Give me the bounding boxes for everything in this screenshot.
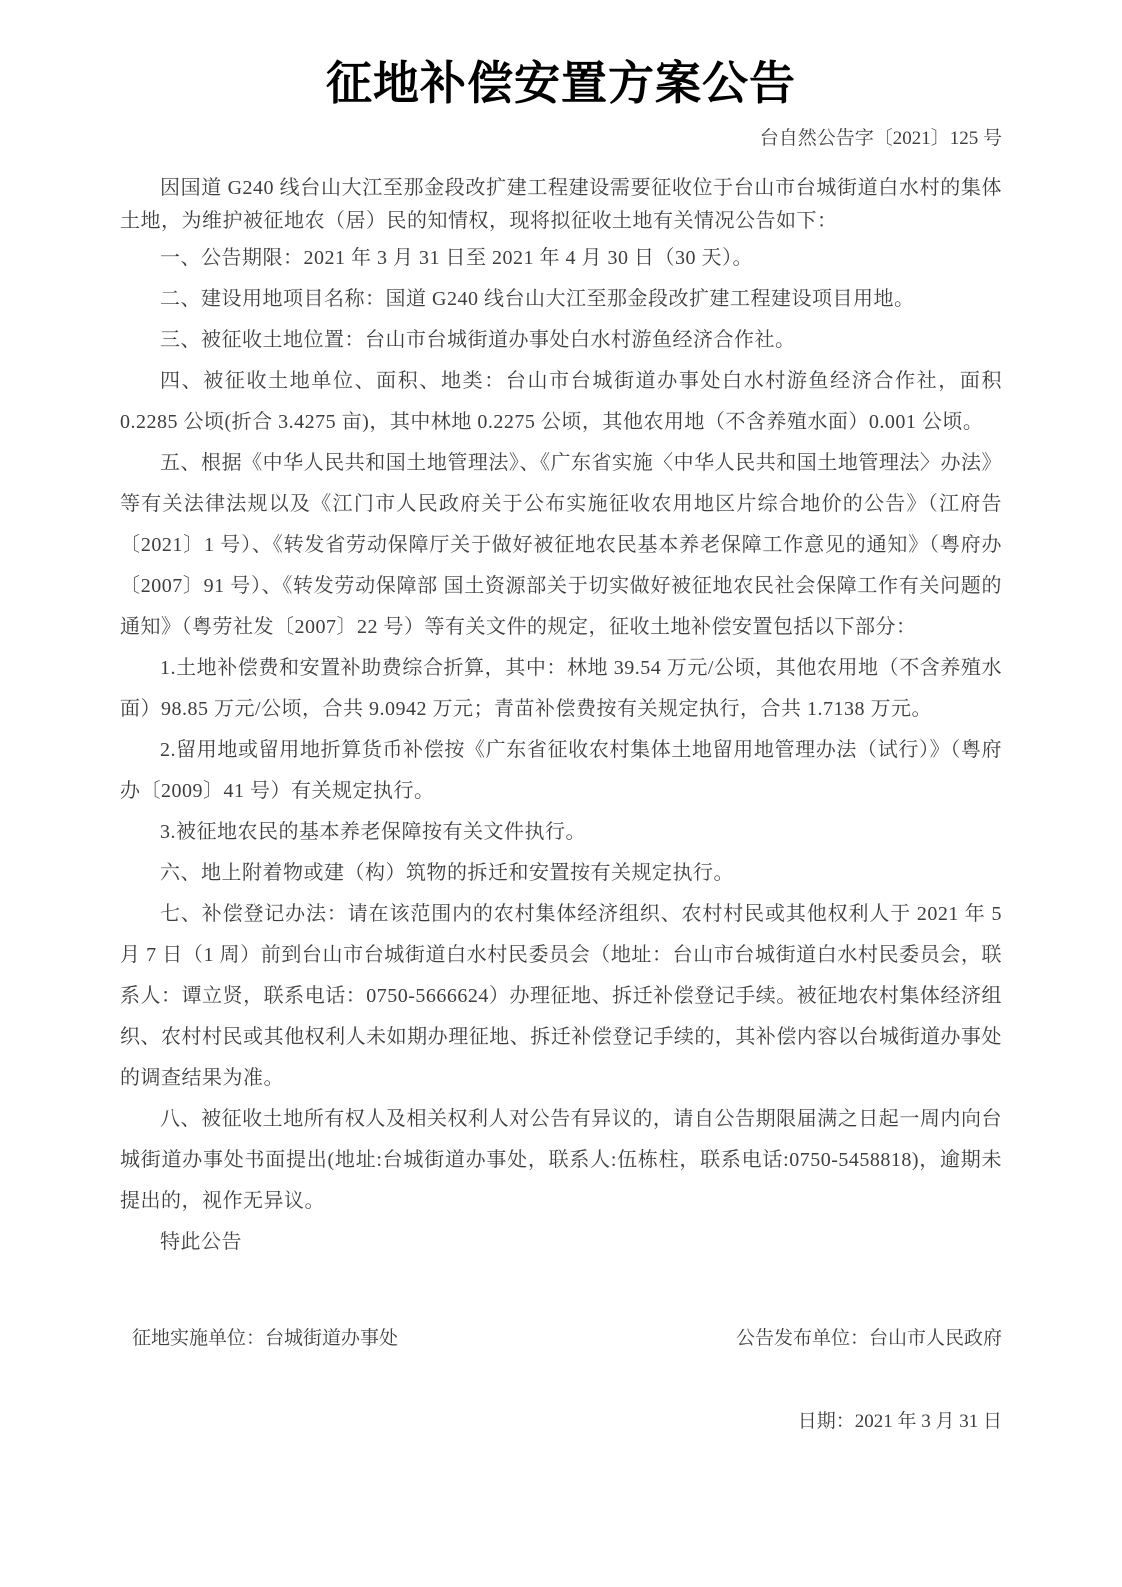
section-8-objections: 八、被征收土地所有权人及相关权利人对公告有异议的，请自公告期限届满之日起一周内向… [120,1099,1002,1222]
section-4-land-unit-area-type: 四、被征收土地单位、面积、地类：台山市台城街道办事处白水村游鱼经济合作社，面积 … [120,361,1002,443]
section-1-announcement-period: 一、公告期限：2021 年 3 月 31 日至 2021 年 4 月 30 日（… [120,238,1002,279]
subsection-2-reserved-land: 2.留用地或留用地折算货币补偿按《广东省征收农村集体土地留用地管理办法（试行）》… [120,730,1002,812]
subsection-3-pension: 3.被征地农民的基本养老保障按有关文件执行。 [120,812,1002,853]
publishing-unit: 公告发布单位：台山市人民政府 [736,1323,1002,1350]
document-number: 台自然公告字〔2021〕125 号 [120,127,1002,152]
page-title: 征地补偿安置方案公告 [120,56,1002,111]
section-7-registration-method: 七、补偿登记办法：请在该范围内的农村集体经济组织、农村村民或其他权利人于 202… [120,894,1002,1099]
announcement-date: 日期：2021 年 3 月 31 日 [120,1406,1002,1433]
section-6-attachments: 六、地上附着物或建（构）筑物的拆迁和安置按有关规定执行。 [120,853,1002,894]
intro-paragraph: 因国道 G240 线台山大江至那金段改扩建工程建设需要征收位于台山市台城街道白水… [120,172,1002,238]
closing-statement: 特此公告 [120,1222,1002,1263]
document-body: 因国道 G240 线台山大江至那金段改扩建工程建设需要征收位于台山市台城街道白水… [120,172,1002,1263]
subsection-1-compensation-fees: 1.土地补偿费和安置补助费综合折算，其中：林地 39.54 万元/公顷，其他农用… [120,648,1002,730]
implementing-unit: 征地实施单位：台城街道办事处 [132,1323,398,1350]
footer-units: 征地实施单位：台城街道办事处 公告发布单位：台山市人民政府 [120,1323,1002,1350]
section-2-project-name: 二、建设用地项目名称：国道 G240 线台山大江至那金段改扩建工程建设项目用地。 [120,279,1002,320]
section-3-land-location: 三、被征收土地位置：台山市台城街道办事处白水村游鱼经济合作社。 [120,320,1002,361]
section-5-legal-basis: 五、根据《中华人民共和国土地管理法》、《广东省实施〈中华人民共和国土地管理法〉办… [120,443,1002,648]
announcement-page: 征地补偿安置方案公告 台自然公告字〔2021〕125 号 因国道 G240 线台… [0,0,1122,1587]
